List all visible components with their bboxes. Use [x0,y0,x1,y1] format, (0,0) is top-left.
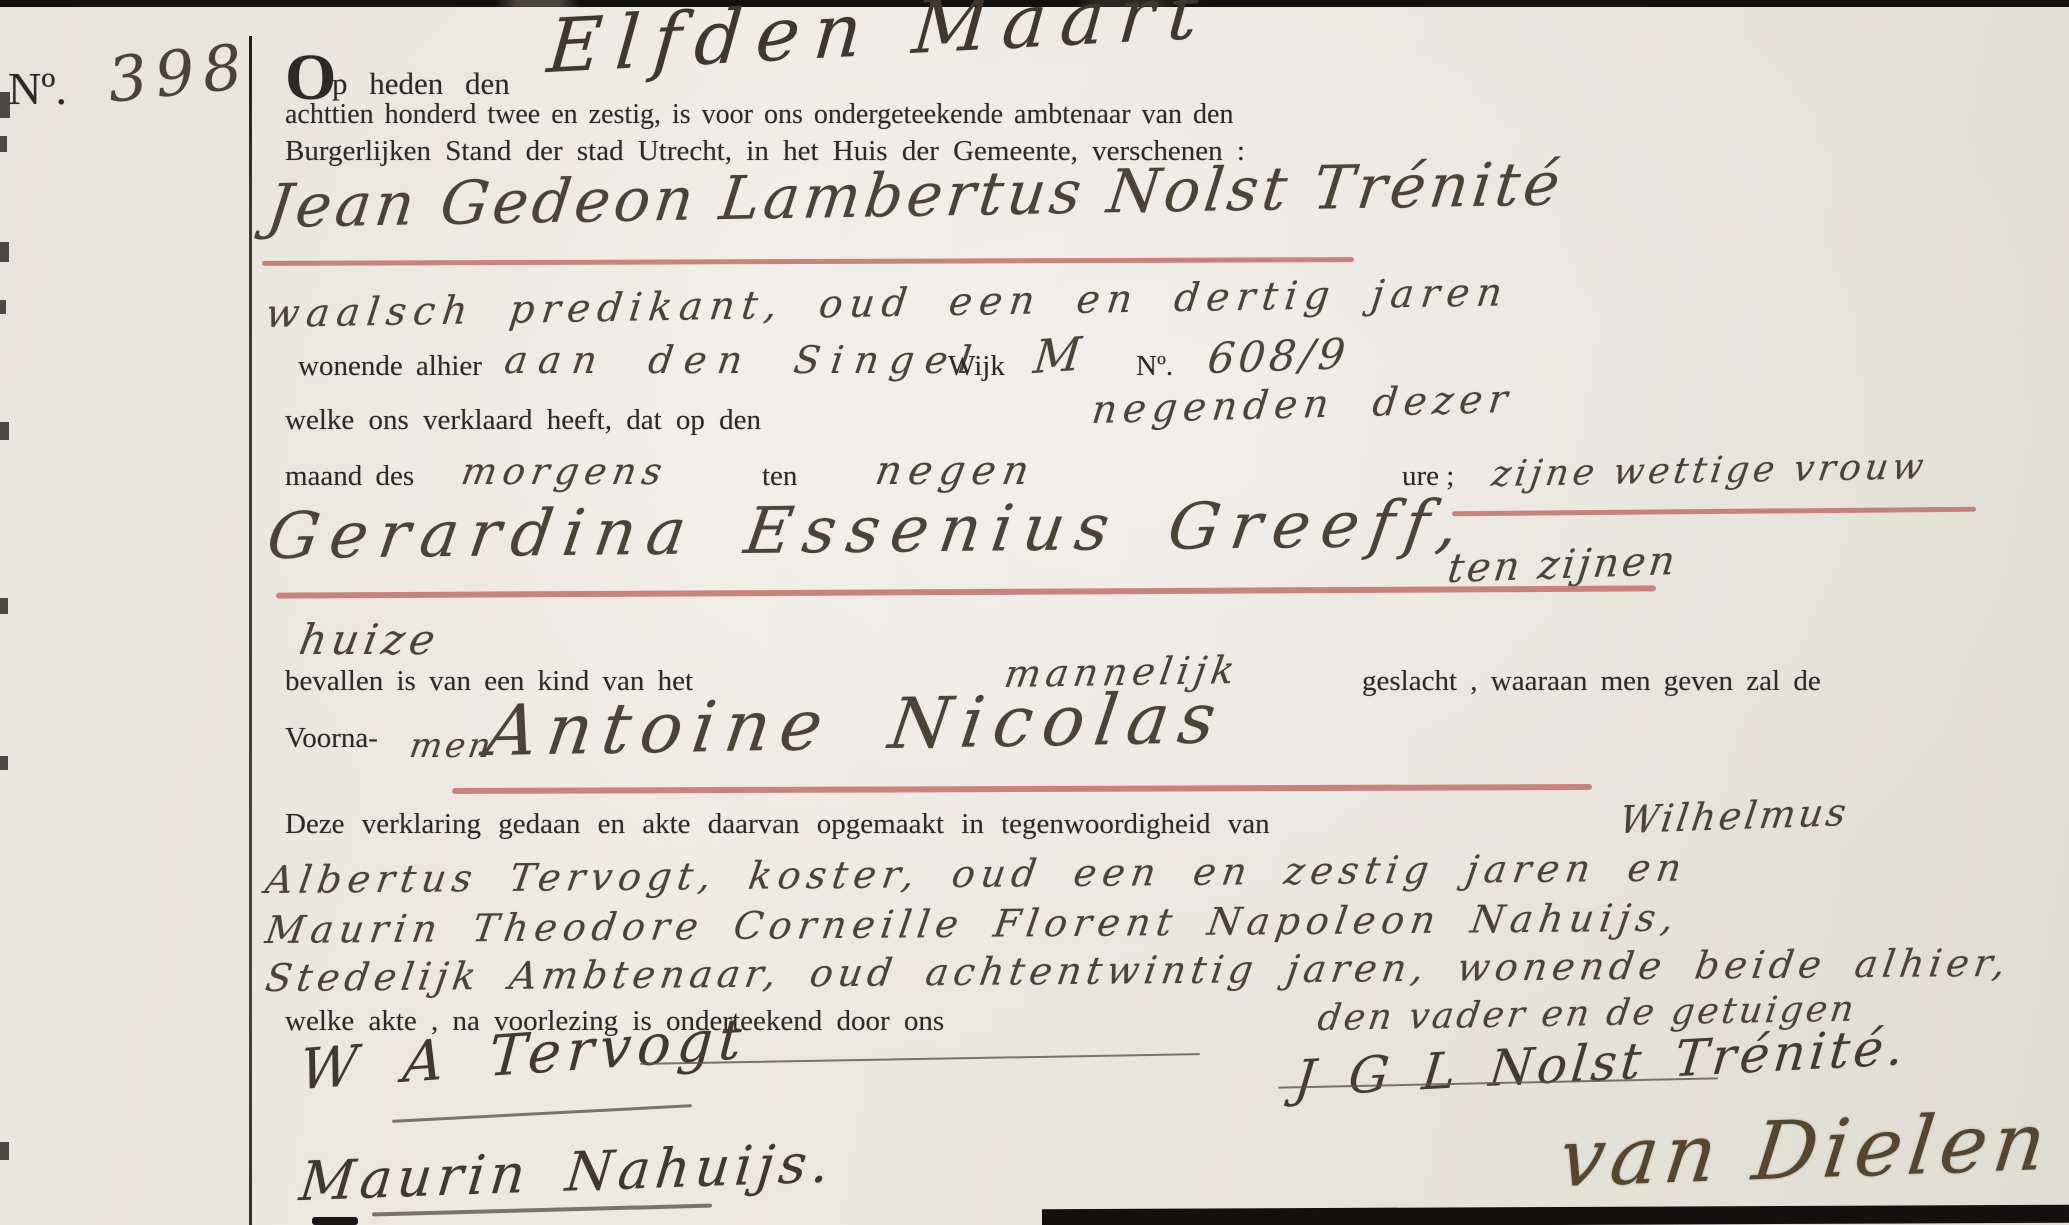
house-number-label: Nº. [1136,350,1173,383]
scan-artifact [0,756,8,770]
witness2-name: Maurin Theodore Corneille Florent Napole… [263,896,1683,952]
scan-artifact-ink-blot [312,1217,358,1225]
gender-printed-b: geslacht , waaraan men geven zal de [1362,665,1821,698]
time-printed-maand: maand des [285,460,414,493]
witness1-details: Albertus Tervogt, koster, oud een en zes… [263,846,1691,902]
firstnames-label-printed: Voorna- [285,722,378,755]
mother-name: Gerardina Essenius Greeff, [263,487,1475,574]
birth-daypart: morgens [458,450,671,493]
handwritten-date: Elfden Maart [544,0,1215,90]
signature-registrar: van Dielen [1554,1095,2057,1206]
signature-flourish [392,1104,692,1123]
scan-artifact [0,422,9,440]
scan-artifact-bottom-edge [1042,1205,2069,1225]
scan-artifact [0,1142,9,1160]
mother-name-suffix: ten zijnen [1445,538,1680,592]
witnesses-printed: Deze verklaring gedaan en akte daarvan o… [285,808,1270,841]
birth-certificate-scan: Nº. 398 O p heden den Elfden Maart achtt… [0,0,2069,1225]
red-underline-declarant [262,257,1354,266]
mother-intro: zijne wettige vrouw [1489,446,1930,495]
scan-artifact [0,136,7,152]
residence-printed: wonende alhier [298,350,482,383]
red-underline-child [452,784,1592,794]
time-printed-ten: ten [762,460,797,493]
red-underline-mother-intro [1452,507,1976,517]
opening-printed-text: p heden den [332,66,510,102]
signature-witness2: Maurin Nahuijs. [297,1131,838,1213]
birth-day: negenden dezer [1089,377,1515,433]
act-number-value: 398 [104,29,253,116]
wijk-value: M [1031,326,1084,384]
act-number-label: Nº. [8,62,67,115]
residence-address: aan den Singel [502,338,985,382]
child-names: Antoine Nicolas [481,677,1231,772]
house-number-value: 608/9 [1205,329,1351,383]
witness1-firstname: Wilhelmus [1617,790,1852,842]
scan-artifact [0,242,9,262]
scan-artifact [0,300,6,314]
birth-place-huize: huize [296,615,444,664]
wijk-label: Wijk [948,350,1005,383]
preamble-line-year: achttien honderd twee en zestig, is voor… [285,99,1233,131]
red-underline-mother [276,585,1656,598]
scan-artifact [0,598,8,614]
margin-rule [249,36,252,1225]
declaration-printed: welke ons verklaard heeft, dat op den [285,404,761,437]
birth-hour: negen [872,448,1040,494]
declarant-details: waalsch predikant, oud een en dertig jar… [263,270,1511,337]
